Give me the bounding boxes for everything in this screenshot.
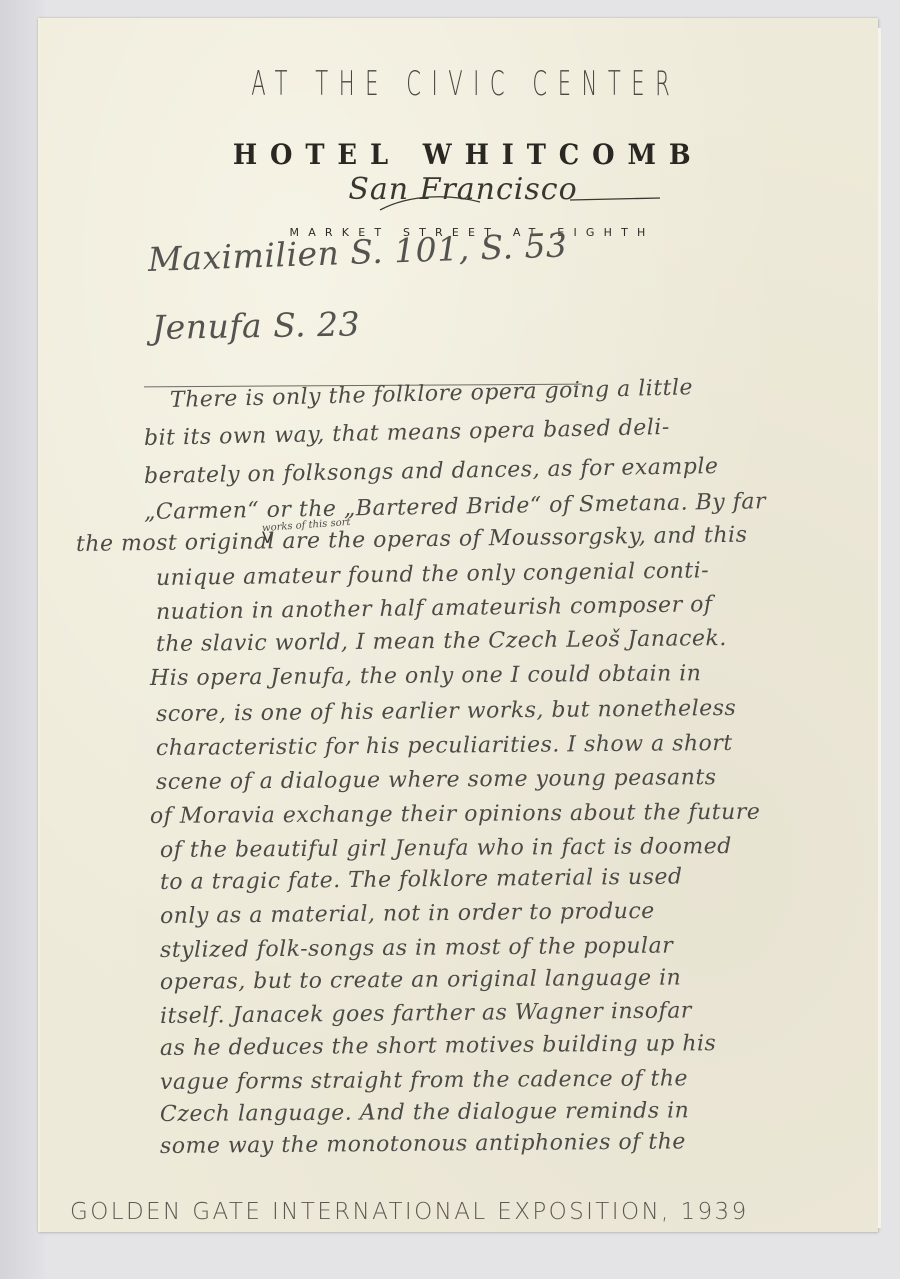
body-line: of the beautiful girl Jenufa who in fact… bbox=[160, 834, 732, 863]
body-line: Czech language. And the dialogue reminds… bbox=[160, 1098, 689, 1127]
body-line: nuation in another half amateurish compo… bbox=[156, 592, 713, 625]
paper-edge bbox=[878, 28, 881, 1228]
body-line: unique amateur found the only congenial … bbox=[156, 558, 709, 591]
body-line: characteristic for his peculiarities. I … bbox=[156, 731, 733, 761]
body-line: operas, but to create an original langua… bbox=[160, 965, 681, 995]
script-flourish-icon bbox=[370, 192, 670, 216]
body-line: „Carmen“ or the „Bartered Bride“ of Smet… bbox=[144, 489, 766, 525]
body-line: of Moravia exchange their opinions about… bbox=[150, 800, 760, 829]
letterhead-tagline: AT THE CIVIC CENTER bbox=[199, 64, 719, 104]
body-line: to a tragic fate. The folklore material … bbox=[160, 865, 683, 895]
body-line: itself. Janacek goes farther as Wagner i… bbox=[160, 998, 692, 1029]
body-line: berately on folksongs and dances, as for… bbox=[144, 454, 719, 489]
body-line: There is only the folklore opera going a… bbox=[170, 375, 694, 413]
body-line: the slavic world, I mean the Czech Leoš … bbox=[156, 626, 727, 657]
letterhead-hotel-name: HOTEL WHITCOMB bbox=[74, 138, 845, 171]
body-line: only as a material, not in order to prod… bbox=[160, 899, 655, 929]
body-line: score, is one of his earlier works, but … bbox=[156, 696, 737, 727]
letter-sheet: AT THE CIVIC CENTER HOTEL WHITCOMB San F… bbox=[38, 18, 878, 1232]
letterhead-footer: GOLDEN GATE INTERNATIONAL EXPOSITION, 19… bbox=[70, 1199, 878, 1225]
body-line: some way the monotonous antiphonies of t… bbox=[160, 1129, 686, 1159]
body-line: His opera Jenufa, the only one I could o… bbox=[150, 661, 702, 691]
body-line: scene of a dialogue where some young pea… bbox=[156, 765, 717, 795]
body-line: stylized folk-songs as in most of the po… bbox=[160, 934, 673, 963]
body-line: the most original are the operas of Mous… bbox=[76, 523, 748, 557]
body-line: bit its own way, that means opera based … bbox=[144, 415, 670, 451]
body-line: vague forms straight from the cadence of… bbox=[160, 1066, 688, 1095]
body-line: as he deduces the short motives building… bbox=[160, 1031, 716, 1061]
reference-jenufa: Jenufa S. 23 bbox=[152, 304, 361, 347]
letterhead-city: San Francisco bbox=[40, 172, 878, 207]
